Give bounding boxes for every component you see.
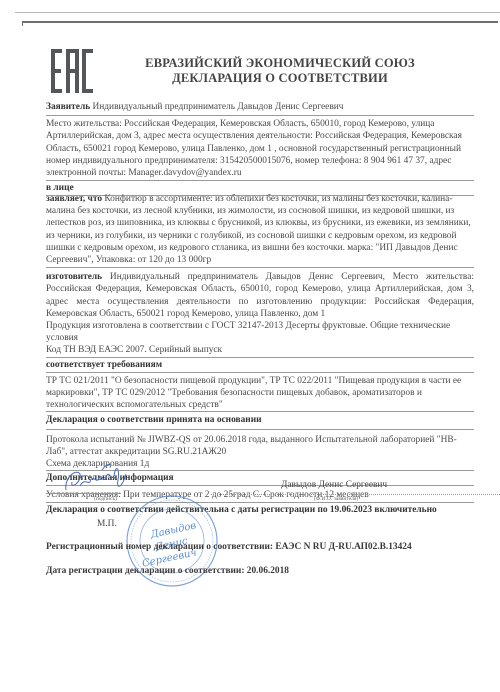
top-border-thin [15, 12, 500, 13]
document-title: ЕВРАЗИЙСКИЙ ЭКОНОМИЧЕСКИЙ СОЮЗ ДЕКЛАРАЦИ… [130, 56, 430, 86]
name-caption: (Ф.И.О. заявителя) [314, 496, 358, 502]
eac-logo-icon [51, 49, 93, 93]
basis-label: Декларация о соответствии принята на осн… [46, 412, 474, 429]
applicant-value: Индивидуальный предприниматель Давыдов Д… [90, 102, 343, 112]
signature-area: (подпись) Давыдов Денис Сергеевич (Ф.И.О… [46, 470, 474, 550]
stamp-place-label: М.П. [97, 519, 117, 529]
signature-icon [62, 460, 132, 496]
declares-value: Конфитюр в ассортименте: из облепихи без… [46, 194, 471, 265]
declares-label: заявляет, что [46, 194, 102, 204]
name-line [211, 493, 500, 495]
applicant-name: Давыдов Денис Сергеевич [281, 480, 387, 490]
applicant-row: Заявитель Индивидуальный предприниматель… [46, 101, 474, 116]
manufacturer-code: Код ТН ВЭД ЕАЭС 2007. Серийный выпуск [46, 344, 474, 357]
applicant-label: Заявитель [46, 102, 90, 112]
registration-number: Регистрационный номер декларации о соотв… [46, 542, 412, 552]
top-border-thick [22, 21, 498, 23]
requirements-value: ТР ТС 021/2011 "О безопасности пищевой п… [46, 373, 474, 413]
manufacturer-label: изготовитель [46, 272, 102, 282]
declares-row: заявляет, что Конфитюр в ассортименте: и… [46, 193, 474, 268]
basis-value: Протокола испытаний № JIWBZ-QS от 20.06.… [46, 430, 474, 458]
requirements-label: соответствует требованиям [46, 358, 474, 373]
registration-date: Дата регистрации декларации о соответств… [46, 566, 289, 576]
manufacturer-row: изготовитель Индивидуальный предпринимат… [46, 268, 474, 320]
signature-line [46, 493, 121, 494]
title-declaration: ДЕКЛАРАЦИЯ О СООТВЕТСТВИИ [130, 71, 430, 86]
applicant-section: Заявитель Индивидуальный предприниматель… [46, 101, 474, 196]
signature-caption: (подпись) [94, 496, 117, 502]
manufacturer-standard: Продукция изготовлена в соответствии с Г… [46, 320, 474, 344]
title-union: ЕВРАЗИЙСКИЙ ЭКОНОМИЧЕСКИЙ СОЮЗ [130, 56, 430, 71]
manufacturer-value: Индивидуальный предприниматель Давыдов Д… [46, 272, 474, 319]
applicant-details: Место жительства: Российская Федерация, … [46, 116, 474, 181]
